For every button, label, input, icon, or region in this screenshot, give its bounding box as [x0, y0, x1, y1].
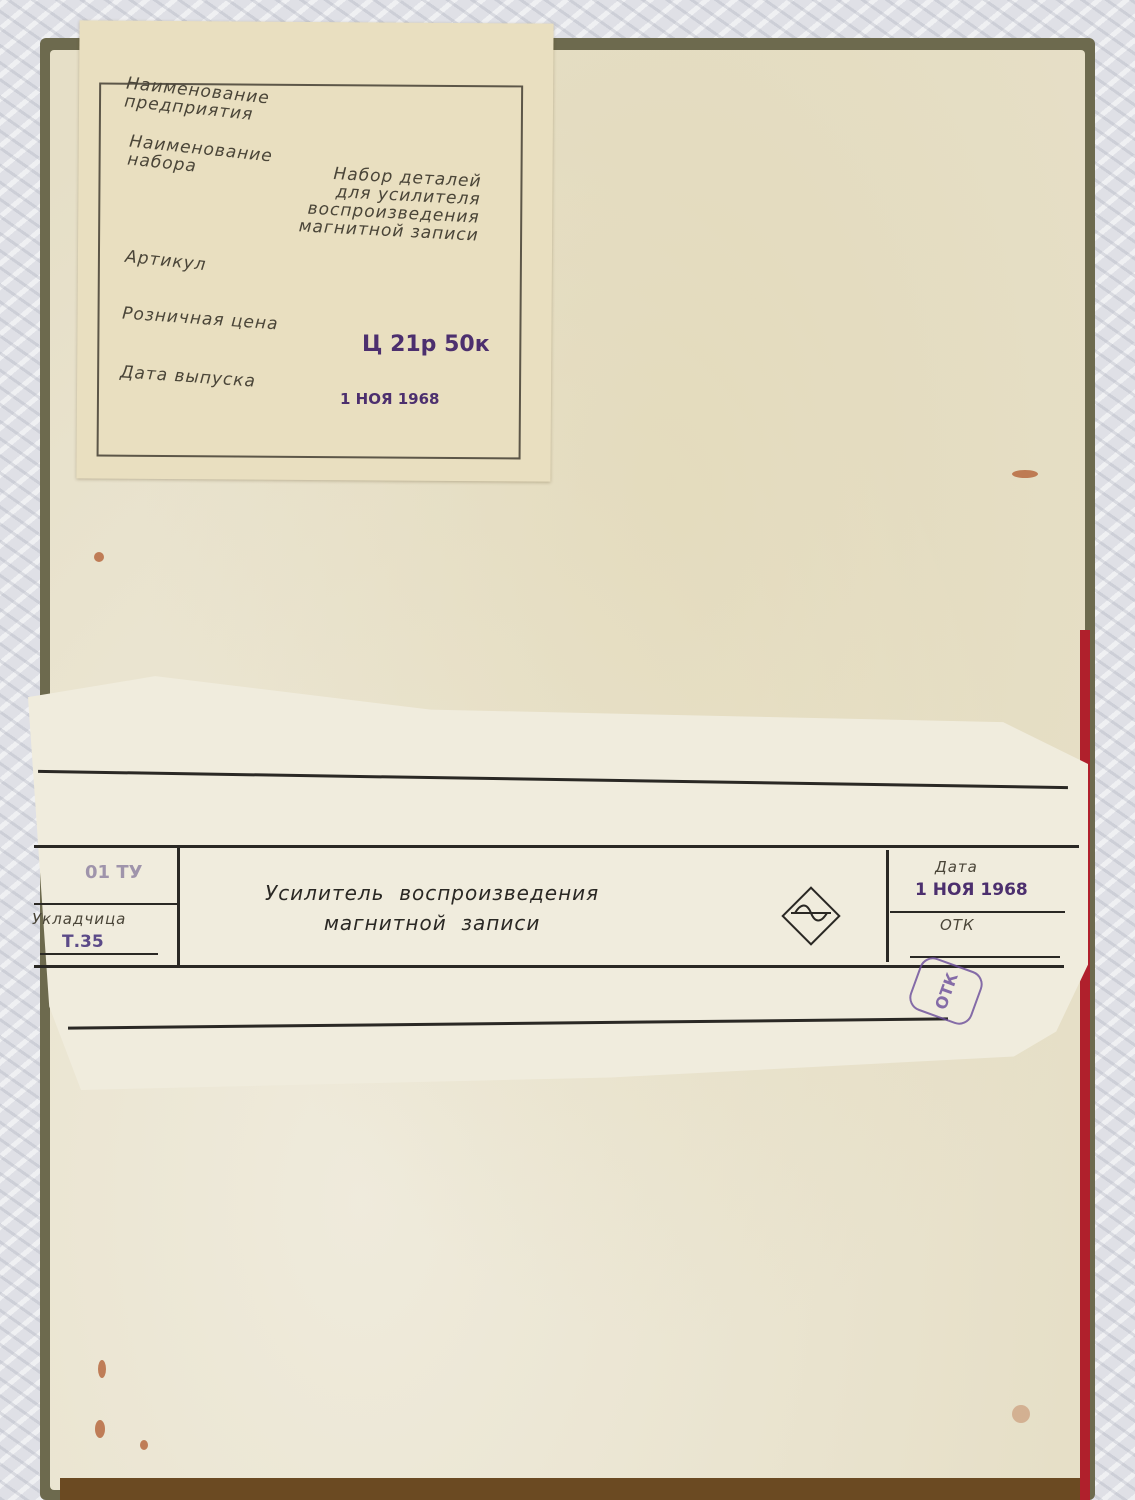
retail-price-stamp: Ц 21р 50к: [362, 332, 490, 357]
sine-wave-icon: [789, 903, 833, 923]
rust-spot: [98, 1360, 106, 1378]
packer-label: Укладчица: [32, 910, 126, 928]
band-rule: [890, 911, 1065, 913]
band-rule: [40, 953, 158, 955]
bottom-edge: [60, 1478, 1080, 1500]
rust-spot: [1012, 470, 1038, 478]
release-date-stamp: 1 НОЯ 1968: [340, 390, 440, 408]
band-rule: [34, 965, 1064, 968]
rust-spot: [1012, 1405, 1030, 1423]
qc-label: ОТК: [940, 916, 975, 934]
date-label: Дата: [935, 858, 978, 876]
product-title: Усилитель воспроизведения магнитной запи…: [265, 878, 599, 938]
left-stamp: 01 ТУ: [85, 862, 142, 883]
date-stamp: 1 НОЯ 1968: [915, 880, 1028, 900]
rust-spot: [94, 552, 104, 562]
band-divider: [177, 845, 180, 967]
band-rule: [34, 845, 1079, 848]
packer-value: Т.35: [62, 932, 104, 952]
kit-name-value: Набор деталей для усилителя воспроизведе…: [298, 163, 482, 244]
rust-spot: [140, 1440, 148, 1450]
band-divider: [886, 850, 889, 962]
band-rule: [34, 903, 177, 905]
red-side-edge: [1080, 630, 1090, 1500]
rust-spot: [95, 1420, 105, 1438]
